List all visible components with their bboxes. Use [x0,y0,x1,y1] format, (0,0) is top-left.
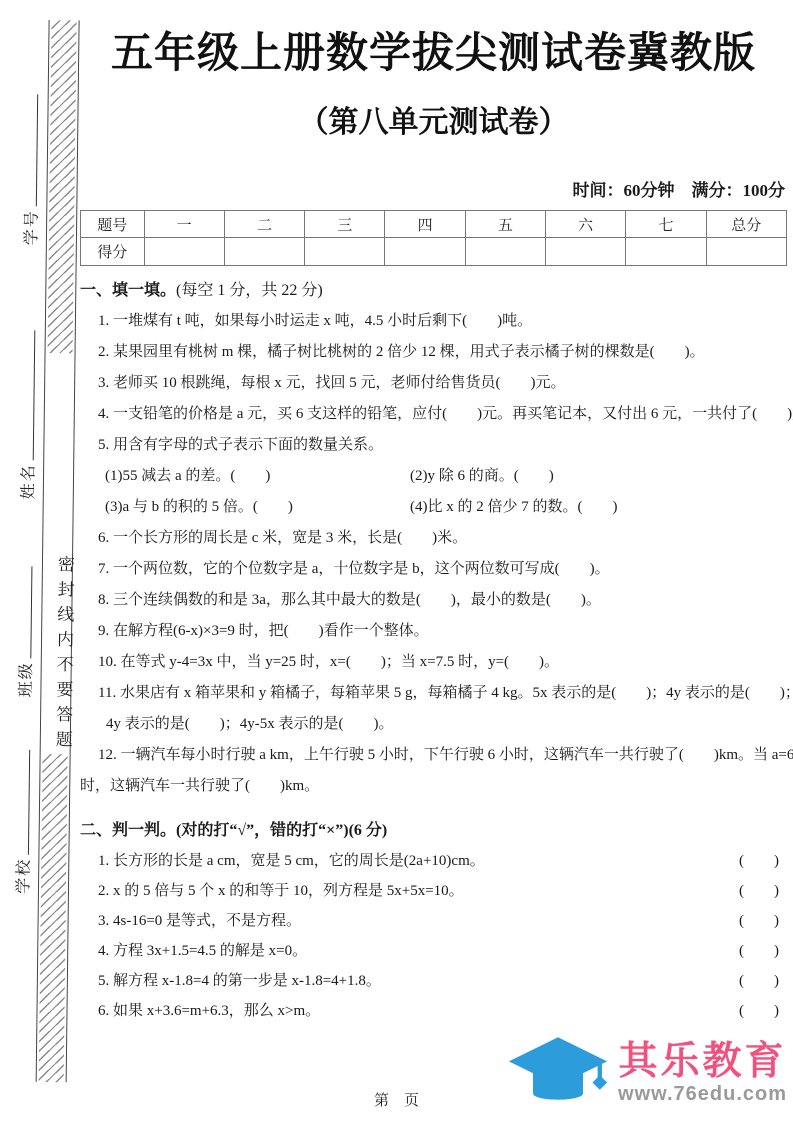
answer-bracket: ( ) [739,906,779,936]
question-line: 9. 在解方程(6-x)×3=9 时，把( )看作一个整体。 [80,616,787,647]
judge-question: 3. 4s-16=0 是等式，不是方程。( ) [80,906,787,936]
graduation-cap-icon [502,1030,614,1116]
hatch-pattern [48,20,77,353]
school-label: 学校 [15,858,32,894]
question-line: 3. 老师买 10 根跳绳，每根 x 元，找回 5 元，老师付给售货员( )元。 [80,368,787,399]
score-cell [224,238,304,266]
sub-question: (3)a 与 b 的积的 5 倍。( ) [105,492,410,523]
page-title: 五年级上册数学拔尖测试卷冀教版 [80,28,787,78]
table-row: 题号 一 二 三 四 五 六 七 总分 [81,211,787,238]
question-subrow: (3)a 与 b 的积的 5 倍。( ) (4)比 x 的 2 倍少 7 的数。… [80,492,787,523]
score-cell [465,238,545,266]
question-line-continued: 时，这辆汽车一共行驶了( )km。 [80,771,787,802]
judge-question: 2. x 的 5 倍与 5 个 x 的和等于 10，列方程是 5x+5x=10。… [80,876,787,906]
main-content: 五年级上册数学拔尖测试卷冀教版 （第八单元测试卷） 时间：60分钟 满分：100… [80,0,787,1026]
answer-bracket: ( ) [739,966,779,996]
judge-question: 6. 如果 x+3.6=m+6.3，那么 x>m。( ) [80,996,787,1026]
brand-url: www.76edu.com [618,1083,787,1105]
score-table-col: 五 [465,211,545,238]
question-line: 10. 在等式 y-4=3x 中，当 y=25 时，x=( )；当 x=7.5 … [80,647,787,678]
school-blank [28,750,30,855]
score-cell [385,238,465,266]
score-table-col: 三 [305,211,385,238]
question-line: 2. 某果园里有桃树 m 棵，橘子树比桃树的 2 倍少 12 棵，用式子表示橘子… [80,337,787,368]
question-line-continued: 4y 表示的是( )；4y-5x 表示的是( )。 [80,709,787,740]
score-table-col: 一 [144,211,224,238]
question-line: 4. 一支铅笔的价格是 a 元，买 6 支这样的铅笔，应付( )元。再买笔记本，… [80,399,787,430]
name-label: 姓名 [20,463,37,499]
question-line: 5. 用含有字母的式子表示下面的数量关系。 [80,430,787,461]
class-label: 班级 [18,661,35,697]
name-blank [33,330,36,460]
answer-bracket: ( ) [739,846,779,876]
score-table-corner: 题号 [81,211,145,238]
sub-question: (2)y 除 6 的商。( ) [410,461,554,492]
judge-question: 5. 解方程 x-1.8=4 的第一步是 x-1.8=4+1.8。( ) [80,966,787,996]
section1-heading: 一、填一填。(每空 1 分，共 22 分) [80,276,787,306]
page-subtitle: （第八单元测试卷） [80,104,787,142]
question-line: 6. 一个长方形的周长是 c 米，宽是 3 米，长是( )米。 [80,523,787,554]
score-table: 题号 一 二 三 四 五 六 七 总分 得分 [80,210,787,266]
question-line: 7. 一个两位数，它的个位数字是 a，十位数字是 b，这个两位数可写成( )。 [80,554,787,585]
score-row-label: 得分 [81,238,145,266]
score-table-col: 二 [224,211,304,238]
seal-band: 密封线内不要答题 [36,20,80,1082]
judge-question: 4. 方程 3x+1.5=4.5 的解是 x=0。( ) [80,936,787,966]
class-blank [30,566,32,658]
score-cell [546,238,626,266]
score-table-col: 七 [626,211,706,238]
score-table-col: 总分 [706,211,786,238]
student-id-blank [36,94,38,206]
brand-name: 其乐教育 [618,1041,787,1083]
question-line: 11. 水果店有 x 箱苹果和 y 箱橘子，每箱苹果 5 g，每箱橘子 4 kg… [80,678,787,709]
answer-bracket: ( ) [739,936,779,966]
answer-bracket: ( ) [739,996,779,1026]
question-line: 1. 一堆煤有 t 吨，如果每小时运走 x 吨，4.5 小时后剩下( )吨。 [80,306,787,337]
score-cell [144,238,224,266]
score-cell [706,238,786,266]
score-cell [305,238,385,266]
brand-text-block: 其乐教育 www.76edu.com [618,1041,787,1105]
answer-bracket: ( ) [739,876,779,906]
section2-heading: 二、判一判。(对的打“√”，错的打“×”)(6 分) [80,816,787,846]
exam-paper-page: 学号 姓名 班级 学校 密封线内不要答题 五年级上册数学拔尖测 [0,0,793,1122]
question-subrow: (1)55 减去 a 的差。( ) (2)y 除 6 的商。( ) [80,461,787,492]
hatch-pattern [39,754,68,1082]
score-table-col: 六 [546,211,626,238]
student-id-label: 学号 [23,209,40,245]
sub-question: (4)比 x 的 2 倍少 7 的数。( ) [410,492,617,523]
brand-logo: 其乐教育 www.76edu.com [502,1030,787,1116]
score-table-col: 四 [385,211,465,238]
judge-question: 1. 长方形的长是 a cm，宽是 5 cm，它的周长是(2a+10)cm。( … [80,846,787,876]
question-line: 12. 一辆汽车每小时行驶 a km，上午行驶 5 小时，下午行驶 6 小时，这… [80,740,787,771]
score-cell [626,238,706,266]
time-score-meta: 时间：60分钟 满分：100分 [80,180,787,202]
sub-question: (1)55 减去 a 的差。( ) [105,461,410,492]
question-line: 8. 三个连续偶数的和是 3a，那么其中最大的数是( )，最小的数是( )。 [80,585,787,616]
table-row: 得分 [81,238,787,266]
